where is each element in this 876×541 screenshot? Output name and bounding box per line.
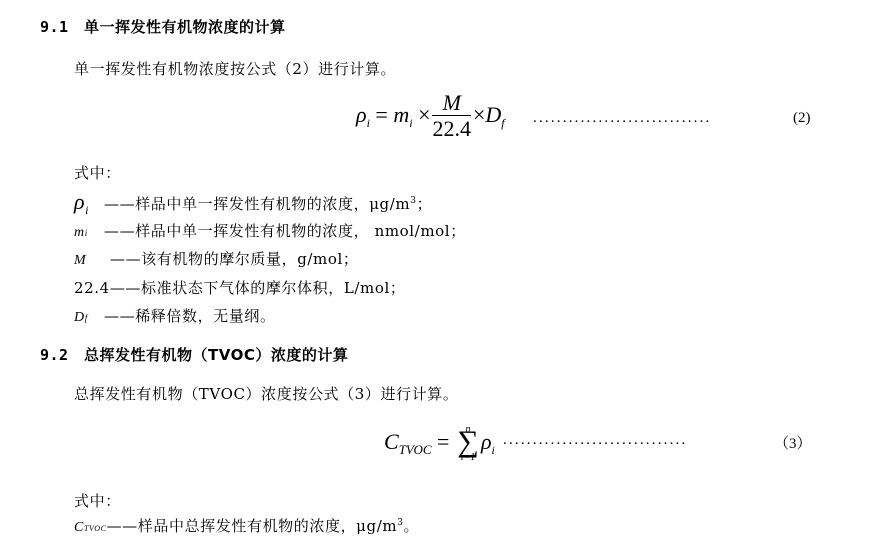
section-number: 9.2 [40,346,84,364]
definition-symbol: ρi [74,189,104,218]
where-label: 式中： [74,162,121,183]
definition-tvoc: CTVOC——样品中总挥发性有机物的浓度，μg/m3。 [74,515,419,536]
section-9-1-heading: 9.1单一挥发性有机物浓度的计算 [40,16,286,37]
fraction: M22.4 [432,91,471,142]
definition-molar-mass: M——该有机物的摩尔质量，g/mol； [74,248,359,269]
formula-3: CTVOC = n∑i=1ρi [384,420,495,472]
summation-icon: n∑i=1 [455,422,481,466]
definition-symbol: CTVOC [74,520,107,536]
definition-dilution: Df——稀释倍数，无量纲。 [74,305,276,326]
section-title: 总挥发性有机物（TVOC）浓度的计算 [84,346,348,364]
section-title: 单一挥发性有机物浓度的计算 [84,18,286,36]
leader-dots: ............................... [503,432,687,449]
definition-symbol: Df [74,310,104,326]
section-number: 9.1 [40,18,84,36]
leader-dots: .............................. [533,110,712,127]
definition-molar-volume: 22.4——标准状态下气体的摩尔体积，L/mol； [74,277,405,298]
definition-symbol: M [74,253,110,269]
definition-m: mi——样品中单一挥发性有机物的浓度， nmol/mol； [74,220,466,241]
definition-symbol: mi [74,225,104,241]
equation-number-2: (2) [793,110,811,127]
equals-sign: = [375,102,387,127]
section-9-2-heading: 9.2总挥发性有机物（TVOC）浓度的计算 [40,344,348,365]
section-9-1-intro: 单一挥发性有机物浓度按公式（2）进行计算。 [74,58,396,79]
equals-sign: = [437,429,449,454]
section-9-2-intro: 总挥发性有机物（TVOC）浓度按公式（3）进行计算。 [74,383,459,404]
rho-symbol: ρ [356,102,367,127]
definition-symbol: 22.4 [74,279,110,297]
definition-rho: ρi——样品中单一挥发性有机物的浓度，μg/m3； [74,189,432,218]
where-label: 式中： [74,490,121,511]
equation-number-3: （3） [774,432,812,453]
formula-2: ρi = mi ×M22.4×Df [356,90,505,148]
